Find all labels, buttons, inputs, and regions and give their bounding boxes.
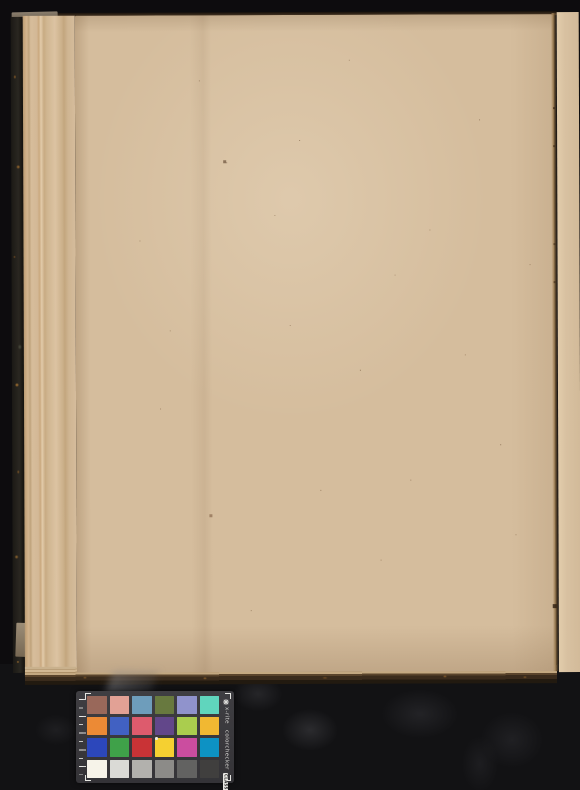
colorchecker-patch-white — [87, 760, 107, 778]
colorchecker-target: x-rite colorchecker CLASSIC — [76, 691, 234, 783]
colorchecker-patch-foliage — [155, 696, 175, 714]
colorchecker-patch-yellow-green — [177, 717, 197, 735]
adjacent-page-edge — [557, 12, 580, 672]
paper-flecks — [75, 16, 76, 17]
colorchecker-patch-blue-sky — [132, 696, 152, 714]
colorchecker-patch-dark-skin — [87, 696, 107, 714]
colorchecker-patch-neutral-5 — [155, 760, 175, 778]
colorchecker-patch-purple — [155, 717, 175, 735]
colorchecker-brand-strip: x-rite colorchecker CLASSIC — [219, 699, 232, 775]
brand-label: x-rite — [223, 707, 229, 724]
colorchecker-patch-neutral-8 — [110, 760, 130, 778]
colorchecker-patch-cyan — [200, 738, 220, 756]
book-block — [0, 0, 580, 790]
colorchecker-ruler-major-ticks — [79, 699, 86, 775]
colorchecker-patch-neutral-3-5 — [177, 760, 197, 778]
colorchecker-patch-grid — [87, 696, 219, 778]
variant-badge: CLASSIC — [223, 773, 228, 790]
colorchecker-patch-bluish-green — [200, 696, 220, 714]
photographed-book-page: x-rite colorchecker CLASSIC — [0, 0, 580, 790]
colorchecker-patch-magenta — [177, 738, 197, 756]
colorchecker-patch-blue — [87, 738, 107, 756]
colorchecker-patch-red — [132, 738, 152, 756]
colorchecker-patch-moderate-red — [132, 717, 152, 735]
page-edge-stack — [23, 16, 77, 676]
product-label: colorchecker — [223, 730, 229, 770]
colorchecker-patch-light-skin — [110, 696, 130, 714]
colorchecker-patch-purplish-blue — [110, 717, 130, 735]
colorchecker-patch-green — [110, 738, 130, 756]
colorchecker-patch-yellow — [155, 738, 175, 756]
registration-dot — [155, 737, 158, 740]
colorchecker-patch-black — [200, 760, 220, 778]
gap-specks — [553, 13, 555, 15]
colorchecker-patch-orange-yellow — [200, 717, 220, 735]
colorchecker-patch-blue-flower — [177, 696, 197, 714]
x-rite-logo-icon — [223, 699, 229, 705]
colorchecker-patch-neutral-6-5 — [132, 760, 152, 778]
blank-page — [75, 14, 555, 673]
colorchecker-patch-orange — [87, 717, 107, 735]
